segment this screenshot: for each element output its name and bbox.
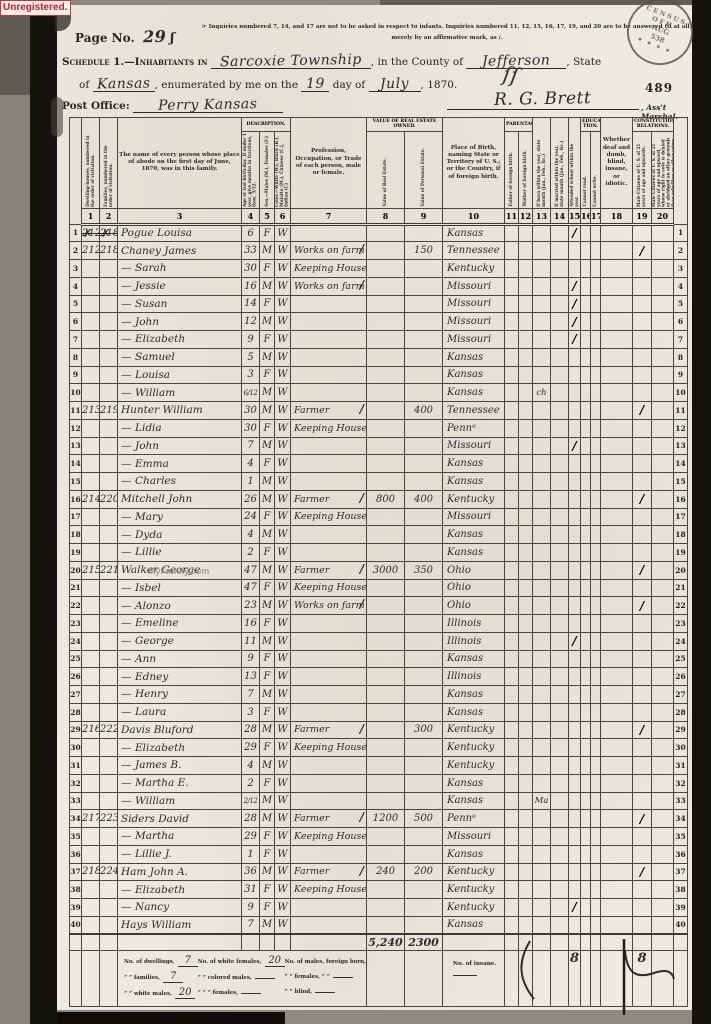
family-cell (100, 579, 118, 597)
birthplace-cell: Kentucky (443, 757, 505, 775)
group-header-value: Value of Real Estate Owned. (367, 118, 443, 132)
school-cell (569, 490, 581, 508)
occupation-cell: Keeping House (291, 260, 367, 278)
married-month-cell (551, 419, 569, 437)
father-foreign-cell (505, 757, 519, 775)
school-cell (569, 366, 581, 384)
disability-cell (601, 703, 633, 721)
school-total: 8 (569, 950, 581, 1006)
school-cell (569, 739, 581, 757)
real-estate-cell (367, 348, 405, 366)
married-month-cell (551, 437, 569, 455)
row-number-right: 35 (674, 828, 688, 846)
row-number-left: 2 (70, 242, 82, 260)
color-cell: W (275, 845, 291, 863)
cannot-read-cell (581, 632, 591, 650)
sex-cell: M (260, 721, 275, 739)
cannot-write-cell (591, 597, 601, 615)
cannot-read-cell (581, 828, 591, 846)
father-foreign-cell (505, 615, 519, 633)
sex-cell: F (260, 668, 275, 686)
column-header-18: Whether deaf and dumb, blind, insane, or… (601, 118, 633, 209)
real-estate-cell (367, 739, 405, 757)
instructions-line2: merely by an affirmative mark, as /. (197, 33, 697, 44)
birth-month-cell (533, 419, 551, 437)
married-month-cell (551, 384, 569, 402)
school-cell (569, 473, 581, 491)
occupation-cell (291, 295, 367, 313)
row-number-right: 31 (674, 757, 688, 775)
census-row: 27—Henry7MWKansas27 (70, 686, 688, 704)
dwelling-cell (82, 845, 100, 863)
census-row: 12—Lidia30FWKeeping HousePennᵃ12 (70, 419, 688, 437)
voter-cell (652, 490, 674, 508)
school-cell: / (569, 295, 581, 313)
personal-estate-cell (405, 544, 443, 562)
age-cell: 26 (242, 490, 260, 508)
occupation-cell: Works on farm/ (291, 277, 367, 295)
occupation-cell (291, 845, 367, 863)
cannot-write-cell (591, 899, 601, 917)
totals-empty-cell (591, 934, 601, 950)
disability-cell (601, 544, 633, 562)
sex-cell: M (260, 686, 275, 704)
disability-cell (601, 686, 633, 704)
real-estate-cell (367, 650, 405, 668)
real-estate-cell (367, 277, 405, 295)
summary-empty-cell (519, 950, 533, 1006)
cannot-read-cell (581, 739, 591, 757)
page-stamp-number: 489 (645, 81, 673, 95)
color-cell: W (275, 544, 291, 562)
personal-estate-cell (405, 313, 443, 331)
married-month-cell (551, 348, 569, 366)
row-number-right: 29 (674, 721, 688, 739)
family-cell (100, 703, 118, 721)
group-header-parentage: Parentage. (505, 118, 533, 132)
summary-empty-cell (581, 950, 591, 1006)
sex-cell: F (260, 579, 275, 597)
mother-foreign-cell (519, 295, 533, 313)
dwelling-cell: 215 (82, 561, 100, 579)
color-cell: W (275, 473, 291, 491)
color-cell: W (275, 774, 291, 792)
dwelling-cell (82, 455, 100, 473)
disability-cell (601, 774, 633, 792)
birthplace-cell: Ohio (443, 561, 505, 579)
name-cell: —Mary (118, 508, 242, 526)
row-number-left: 37 (70, 863, 82, 881)
dwelling-cell (82, 348, 100, 366)
family-cell (100, 899, 118, 917)
column-number-20: 20 (652, 208, 674, 224)
voter-cell (652, 828, 674, 846)
citizen-cell (633, 295, 652, 313)
column-header-12: Mother of foreign birth. (519, 131, 533, 208)
summary-empty-cell (100, 950, 118, 1006)
column-number-4: 4 (242, 208, 260, 224)
age-cell: 7 (242, 686, 260, 704)
column-number-15: 15 (569, 208, 581, 224)
disability-cell (601, 473, 633, 491)
birthplace-cell: Illinois (443, 632, 505, 650)
family-cell (100, 437, 118, 455)
column-number-10: 10 (443, 208, 505, 224)
voter-cell (652, 561, 674, 579)
census-row: 29216222Davis Bluford28MWFarmer/300Kentu… (70, 721, 688, 739)
row-number-right: 7 (674, 331, 688, 349)
mother-foreign-cell (519, 490, 533, 508)
occupation-cell: Keeping House (291, 828, 367, 846)
real-estate-cell (367, 313, 405, 331)
cannot-write-cell (591, 561, 601, 579)
age-cell: 4 (242, 455, 260, 473)
sex-cell: M (260, 277, 275, 295)
family-cell: 223 (100, 810, 118, 828)
married-month-cell (551, 455, 569, 473)
census-table-wrap: Dwelling-houses, numbered in the order o… (69, 117, 688, 1007)
cannot-write-cell (591, 739, 601, 757)
mother-foreign-cell (519, 632, 533, 650)
real-estate-cell (367, 473, 405, 491)
cannot-write-cell (591, 366, 601, 384)
married-month-cell (551, 597, 569, 615)
age-cell: 23 (242, 597, 260, 615)
cannot-write-cell (591, 437, 601, 455)
birthplace-cell: Illinois (443, 615, 505, 633)
sex-cell: M (260, 473, 275, 491)
row-number-left: 5 (70, 295, 82, 313)
birth-month-cell (533, 366, 551, 384)
married-month-cell (551, 366, 569, 384)
voter-cell (652, 260, 674, 278)
film-strip-right (692, 0, 711, 1024)
page-number-line: Page No.29 ʃ (75, 27, 174, 46)
personal-estate-cell (405, 579, 443, 597)
occupation-cell (291, 774, 367, 792)
instructions-text: ☞ Inquiries numbered 7, 14, and 17 are n… (197, 22, 697, 43)
occupation-cell (291, 224, 367, 242)
column-number-2: 2 (100, 208, 118, 224)
real-estate-cell (367, 366, 405, 384)
citizen-cell (633, 224, 652, 242)
school-cell (569, 402, 581, 420)
father-foreign-cell (505, 348, 519, 366)
cannot-read-cell (581, 544, 591, 562)
school-cell (569, 810, 581, 828)
summary-row: No. of dwellings, 7“ ” families, 7“ ” wh… (70, 950, 688, 1006)
voter-cell (652, 668, 674, 686)
group-header-description: Description. (242, 118, 291, 132)
sex-cell: F (260, 615, 275, 633)
married-month-cell (551, 650, 569, 668)
census-row: 38—Elizabeth31FWKeeping HouseKentucky38 (70, 881, 688, 899)
color-cell: W (275, 792, 291, 810)
married-month-cell (551, 721, 569, 739)
mother-foreign-cell (519, 419, 533, 437)
school-cell: / (569, 331, 581, 349)
father-foreign-cell (505, 703, 519, 721)
voter-cell (652, 632, 674, 650)
personal-estate-cell (405, 792, 443, 810)
column-header-9: Value of Personal Estate. (405, 131, 443, 208)
census-row: 22—Alonzo23MWWorks on farm/Ohio/22 (70, 597, 688, 615)
occupation-cell (291, 331, 367, 349)
mother-foreign-cell (519, 579, 533, 597)
birthplace-cell: Ohio (443, 597, 505, 615)
age-cell: 16 (242, 277, 260, 295)
sex-cell: F (260, 419, 275, 437)
occupation-cell: Keeping House (291, 881, 367, 899)
page-no-value: 29 (142, 27, 166, 46)
father-foreign-cell (505, 686, 519, 704)
row-number-right: 38 (674, 881, 688, 899)
cannot-read-cell (581, 455, 591, 473)
sex-cell: F (260, 881, 275, 899)
totals-empty-cell (633, 934, 652, 950)
cannot-write-cell (591, 881, 601, 899)
row-number-right: 22 (674, 597, 688, 615)
birth-month-cell (533, 650, 551, 668)
birth-month-cell (533, 916, 551, 934)
color-cell: W (275, 615, 291, 633)
row-number-left: 33 (70, 792, 82, 810)
name-cell: —George (118, 632, 242, 650)
birth-month-cell (533, 473, 551, 491)
column-header-17: Cannot write. (591, 131, 601, 208)
disability-cell (601, 437, 633, 455)
mother-foreign-cell (519, 721, 533, 739)
disability-cell (601, 899, 633, 917)
citizen-cell (633, 508, 652, 526)
occupation-cell: Farmer/ (291, 810, 367, 828)
dwelling-cell: 218 (82, 863, 100, 881)
school-cell: / (569, 277, 581, 295)
family-cell (100, 668, 118, 686)
name-cell: —Emma (118, 455, 242, 473)
birth-month-cell (533, 402, 551, 420)
of-label: of (79, 79, 89, 91)
name-cell: —James B. (118, 757, 242, 775)
personal-estate-cell (405, 455, 443, 473)
row-number-right: 26 (674, 668, 688, 686)
row-number-left: 27 (70, 686, 82, 704)
census-row: 4—Jessie16MWWorks on farm/Missouri/4 (70, 277, 688, 295)
dwelling-cell (82, 277, 100, 295)
mother-foreign-cell (519, 384, 533, 402)
birth-month-cell (533, 561, 551, 579)
summary-empty-cell (601, 950, 633, 1006)
birthplace-cell: Missouri (443, 277, 505, 295)
school-cell (569, 508, 581, 526)
father-foreign-cell (505, 526, 519, 544)
occupation-cell (291, 473, 367, 491)
census-row: 6—John12MWMissouri/6 (70, 313, 688, 331)
row-number-left: 31 (70, 757, 82, 775)
married-month-cell (551, 881, 569, 899)
row-number-right: 27 (674, 686, 688, 704)
disability-cell (601, 295, 633, 313)
color-cell: W (275, 260, 291, 278)
cannot-read-cell (581, 313, 591, 331)
occupation-cell (291, 686, 367, 704)
name-cell: —William (118, 792, 242, 810)
row-number-left: 36 (70, 845, 82, 863)
color-cell: W (275, 295, 291, 313)
married-month-cell (551, 508, 569, 526)
birth-month-cell (533, 455, 551, 473)
age-cell: 30 (242, 402, 260, 420)
census-row: 39—Nancy9FWKentucky/39 (70, 899, 688, 917)
disability-cell (601, 845, 633, 863)
dwelling-cell (82, 650, 100, 668)
color-cell: W (275, 490, 291, 508)
row-number-left: 35 (70, 828, 82, 846)
birthplace-cell: Kansas (443, 544, 505, 562)
voter-cell (652, 686, 674, 704)
family-cell: 221 (100, 561, 118, 579)
cannot-write-cell (591, 331, 601, 349)
row-number-gutter-left (70, 118, 82, 225)
group-header-constitutional: Constitutional Relations. (633, 118, 674, 132)
citizens-total: 8 (633, 950, 652, 1006)
father-foreign-cell (505, 277, 519, 295)
school-cell: / (569, 313, 581, 331)
name-cell: —Samuel (118, 348, 242, 366)
family-cell (100, 650, 118, 668)
citizen-cell (633, 757, 652, 775)
row-number-right: 18 (674, 526, 688, 544)
row-number-left: 34 (70, 810, 82, 828)
row-number-left: 28 (70, 703, 82, 721)
marshal-signature: R. G. Brett (494, 88, 592, 110)
cannot-read-cell (581, 579, 591, 597)
occupation-cell (291, 544, 367, 562)
family-cell (100, 384, 118, 402)
family-cell (100, 260, 118, 278)
row-number-right: 40 (674, 916, 688, 934)
sex-cell: M (260, 526, 275, 544)
dwelling-cell (82, 313, 100, 331)
column-number-7: 7 (291, 208, 367, 224)
column-header-15: Attended school within the year. (569, 118, 581, 209)
birth-month-cell (533, 508, 551, 526)
family-cell: 220 (100, 490, 118, 508)
census-row: 8—Samuel5MWKansas8 (70, 348, 688, 366)
name-cell: —Charles (118, 473, 242, 491)
occupation-cell: Keeping House (291, 419, 367, 437)
column-header-7: Profession, Occupation, or Trade of each… (291, 118, 367, 209)
dwelling-cell (82, 792, 100, 810)
sex-cell: F (260, 739, 275, 757)
age-cell: 12 (242, 313, 260, 331)
personal-estate-cell (405, 224, 443, 242)
birth-month-cell (533, 331, 551, 349)
state-blank: Kansas (93, 77, 155, 92)
name-cell: —Louisa (118, 366, 242, 384)
married-month-cell (551, 916, 569, 934)
name-cell: —Sarah (118, 260, 242, 278)
dwelling-cell: 212 (82, 242, 100, 260)
personal-estate-cell (405, 881, 443, 899)
family-cell (100, 455, 118, 473)
cannot-write-cell (591, 295, 601, 313)
cannot-read-cell (581, 810, 591, 828)
birth-month-cell (533, 597, 551, 615)
citizen-cell (633, 703, 652, 721)
voter-cell (652, 863, 674, 881)
birthplace-cell: Kentucky (443, 881, 505, 899)
row-number-left: 10 (70, 384, 82, 402)
dwelling-cell: 216 (82, 721, 100, 739)
row-number-left: 17 (70, 508, 82, 526)
mother-foreign-cell (519, 331, 533, 349)
census-row: 25—Ann9FWKansas25 (70, 650, 688, 668)
census-row: 19—Lillie2FWKansas19 (70, 544, 688, 562)
totals-empty-cell (118, 934, 242, 950)
cannot-write-cell (591, 348, 601, 366)
age-cell: 7 (242, 437, 260, 455)
summary-empty-cell (652, 950, 674, 1006)
real-estate-cell (367, 899, 405, 917)
married-month-cell (551, 632, 569, 650)
disability-cell (601, 419, 633, 437)
row-number-right: 23 (674, 615, 688, 633)
row-number-right: 8 (674, 348, 688, 366)
personal-estate-cell (405, 916, 443, 934)
occupation-cell (291, 650, 367, 668)
school-cell: / (569, 437, 581, 455)
father-foreign-cell (505, 224, 519, 242)
sex-cell: F (260, 650, 275, 668)
occupation-cell: Works on farm/ (291, 242, 367, 260)
cannot-read-cell (581, 881, 591, 899)
row-number-left: 21 (70, 579, 82, 597)
personal-estate-cell (405, 419, 443, 437)
school-cell (569, 686, 581, 704)
name-cell: —Elizabeth (118, 331, 242, 349)
summary-empty-cell (533, 950, 551, 1006)
name-cell: —Elizabeth (118, 881, 242, 899)
row-number-right: 37 (674, 863, 688, 881)
father-foreign-cell (505, 437, 519, 455)
birth-month-cell (533, 277, 551, 295)
real-estate-cell: 1200 (367, 810, 405, 828)
occupation-cell (291, 437, 367, 455)
personal-estate-cell (405, 668, 443, 686)
birthplace-cell: Kansas (443, 473, 505, 491)
cannot-read-cell (581, 295, 591, 313)
citizen-cell (633, 277, 652, 295)
census-row: 24—George11MWIllinois/24 (70, 632, 688, 650)
mother-foreign-cell (519, 224, 533, 242)
birthplace-cell: Kansas (443, 526, 505, 544)
column-header-16: Cannot read. (581, 131, 591, 208)
school-cell: / (569, 224, 581, 242)
citizen-cell: / (633, 561, 652, 579)
citizen-cell (633, 455, 652, 473)
citizen-cell (633, 916, 652, 934)
school-cell (569, 845, 581, 863)
mother-foreign-cell (519, 739, 533, 757)
row-number-right: 4 (674, 277, 688, 295)
sex-cell: M (260, 792, 275, 810)
school-cell (569, 757, 581, 775)
column-header-13: If born within the year, state month (Ja… (533, 118, 551, 209)
age-cell: 9 (242, 650, 260, 668)
voter-cell (652, 721, 674, 739)
row-number-right: 21 (674, 579, 688, 597)
